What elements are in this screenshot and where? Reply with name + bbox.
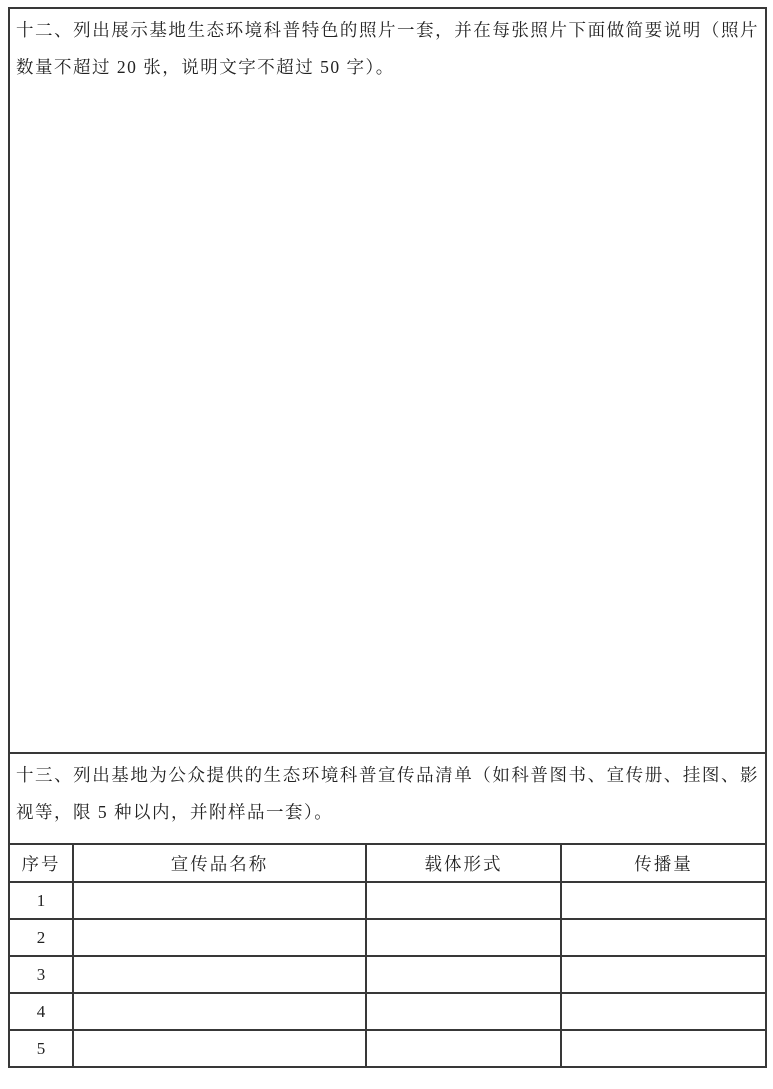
materials-row-3: 3 (9, 956, 766, 993)
materials-row-5: 5 (9, 1030, 766, 1067)
section-materials-cell: 十三、列出基地为公众提供的生态环境科普宣传品清单（如科普图书、宣传册、挂图、影视… (9, 753, 766, 844)
serial-number-cell: 3 (9, 956, 73, 993)
header-distribution-volume: 传播量 (561, 844, 766, 882)
distribution-volume-cell[interactable] (561, 1030, 766, 1067)
materials-row-4: 4 (9, 993, 766, 1030)
medium-format-cell[interactable] (366, 1030, 561, 1067)
serial-number-cell: 2 (9, 919, 73, 956)
serial-number-cell: 1 (9, 882, 73, 919)
material-name-cell[interactable] (73, 919, 366, 956)
application-form-table: 十二、列出展示基地生态环境科普特色的照片一套，并在每张照片下面做简要说明（照片数… (8, 7, 767, 1068)
distribution-volume-cell[interactable] (561, 993, 766, 1030)
material-name-cell[interactable] (73, 993, 366, 1030)
photo-placeholder-area[interactable] (10, 86, 765, 736)
serial-number-cell: 5 (9, 1030, 73, 1067)
distribution-volume-cell[interactable] (561, 956, 766, 993)
material-name-cell[interactable] (73, 956, 366, 993)
medium-format-cell[interactable] (366, 956, 561, 993)
medium-format-cell[interactable] (366, 993, 561, 1030)
materials-row-2: 2 (9, 919, 766, 956)
material-name-cell[interactable] (73, 882, 366, 919)
section-photos-instruction: 十二、列出展示基地生态环境科普特色的照片一套，并在每张照片下面做简要说明（照片数… (10, 9, 765, 86)
section-photos-row: 十二、列出展示基地生态环境科普特色的照片一套，并在每张照片下面做简要说明（照片数… (9, 8, 766, 753)
header-medium-format: 载体形式 (366, 844, 561, 882)
materials-table-header-row: 序号 宣传品名称 载体形式 传播量 (9, 844, 766, 882)
section-materials-instruction: 十三、列出基地为公众提供的生态环境科普宣传品清单（如科普图书、宣传册、挂图、影视… (10, 754, 765, 831)
medium-format-cell[interactable] (366, 919, 561, 956)
distribution-volume-cell[interactable] (561, 882, 766, 919)
medium-format-cell[interactable] (366, 882, 561, 919)
section-materials-row: 十三、列出基地为公众提供的生态环境科普宣传品清单（如科普图书、宣传册、挂图、影视… (9, 753, 766, 844)
header-serial-number: 序号 (9, 844, 73, 882)
material-name-cell[interactable] (73, 1030, 366, 1067)
section-photos-cell: 十二、列出展示基地生态环境科普特色的照片一套，并在每张照片下面做简要说明（照片数… (9, 8, 766, 753)
serial-number-cell: 4 (9, 993, 73, 1030)
form-page: 十二、列出展示基地生态环境科普特色的照片一套，并在每张照片下面做简要说明（照片数… (0, 0, 773, 1089)
distribution-volume-cell[interactable] (561, 919, 766, 956)
header-material-name: 宣传品名称 (73, 844, 366, 882)
materials-row-1: 1 (9, 882, 766, 919)
